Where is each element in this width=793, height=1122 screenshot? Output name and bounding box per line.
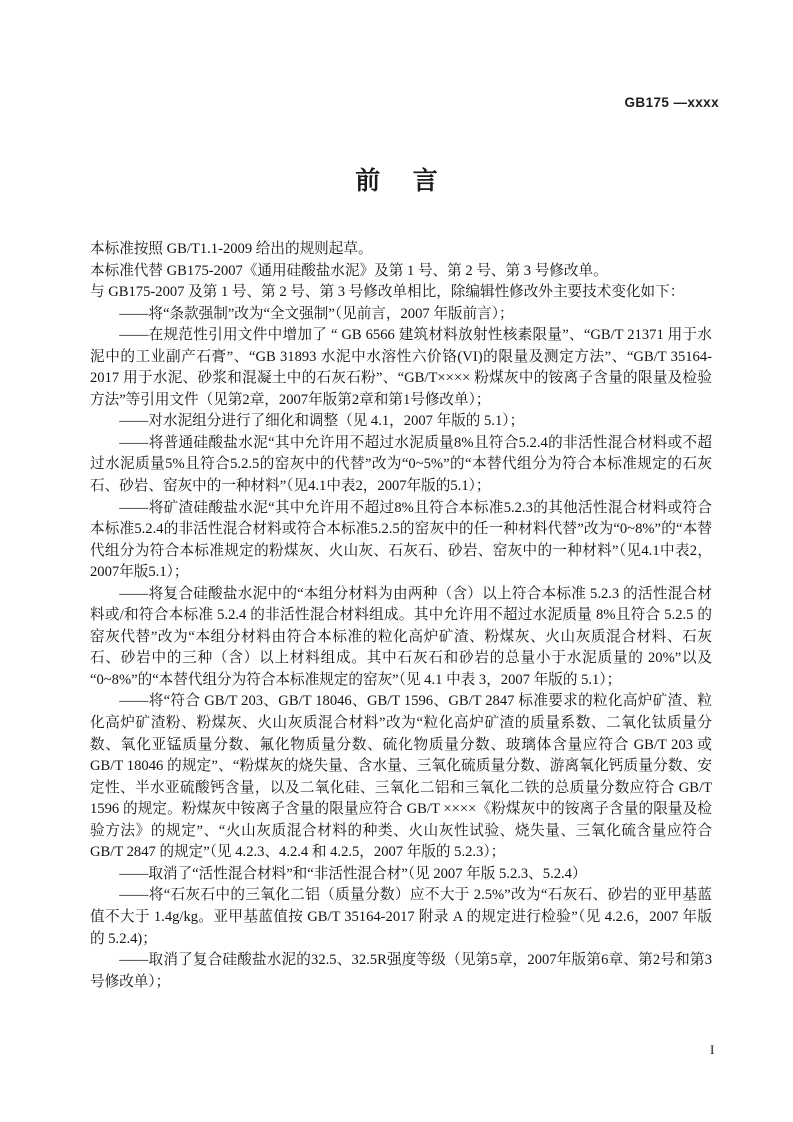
paragraph: ——将复合硅酸盐水泥中的“本组分材料为由两种（含）以上符合本标准 5.2.3 的… [90,584,712,692]
paragraph: ——将“条款强制”改为“全文强制”（见前言，2007 年版前言）； [90,304,712,326]
paragraph: ——对水泥组分进行了细化和调整（见 4.1，2007 年版的 5.1）； [90,411,712,433]
paragraph: ——将“符合 GB/T 203、GB/T 18046、GB/T 1596、GB/… [90,691,712,863]
standard-code: GB175 —xxxx [625,95,719,110]
document-page: GB175 —xxxx 前 言 本标准按照 GB/T1.1-2009 给出的规则… [0,0,793,1122]
paragraph: ——将普通硅酸盐水泥“其中允许用不超过水泥质量8%且符合5.2.4的非活性混合材… [90,433,712,498]
page-number: I [710,1042,714,1058]
paragraph: ——将矿渣硅酸盐水泥“其中允许用不超过8%且符合本标准5.2.3的其他活性混合材… [90,498,712,584]
paragraph: ——取消了“活性混合材料”和“非活性混合材”（见 2007 年版 5.2.3、5… [90,864,712,886]
paragraph: ——在规范性引用文件中增加了 “ GB 6566 建筑材料放射性核素限量”、“G… [90,325,712,411]
paragraph: 与 GB175-2007 及第 1 号、第 2 号、第 3 号修改单相比，除编辑… [90,282,712,304]
page-title: 前 言 [0,161,793,197]
paragraph: 本标准按照 GB/T1.1-2009 给出的规则起草。 [90,239,712,261]
paragraph: ——取消了复合硅酸盐水泥的32.5、32.5R强度等级（见第5章，2007年版第… [90,950,712,993]
paragraph: ——将“石灰石中的三氧化二铝（质量分数）应不大于 2.5%”改为“石灰石、砂岩的… [90,885,712,950]
document-body: 本标准按照 GB/T1.1-2009 给出的规则起草。 本标准代替 GB175-… [90,239,712,993]
paragraph: 本标准代替 GB175-2007《通用硅酸盐水泥》及第 1 号、第 2 号、第 … [90,261,712,283]
